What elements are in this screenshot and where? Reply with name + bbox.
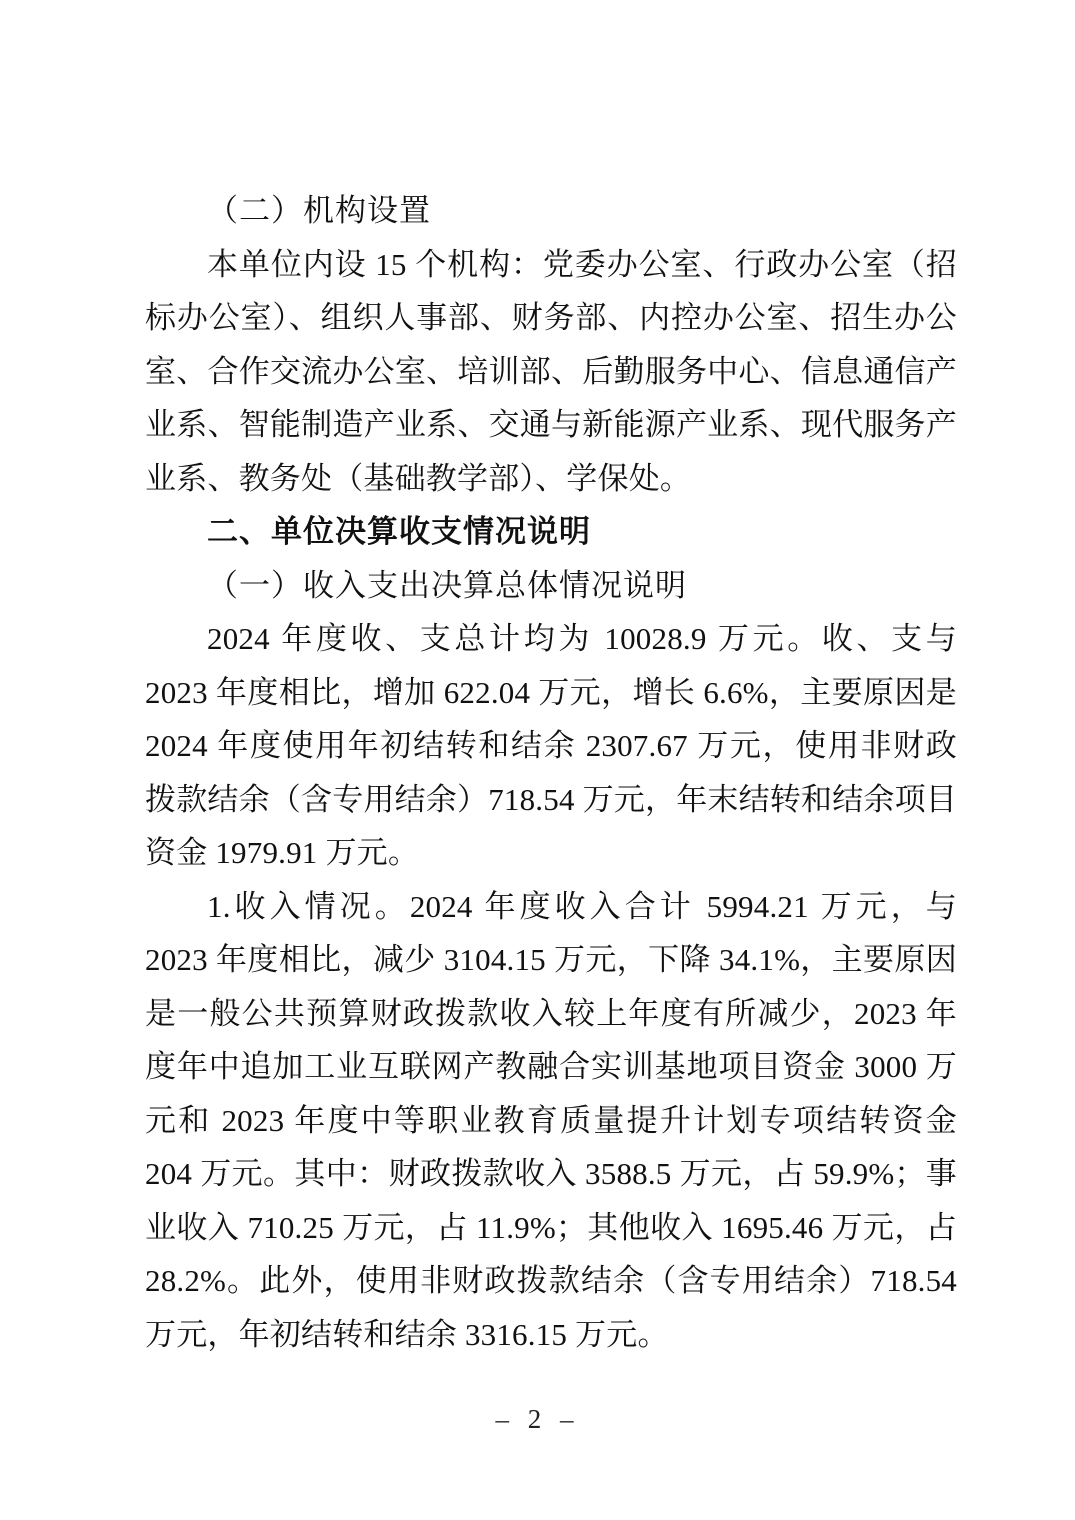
document-content: （二）机构设置 本单位内设 15 个机构：党委办公室、行政办公室（招标办公室）、… (145, 184, 957, 1361)
paragraph-income-situation: 1.收入情况。2024 年度收入合计 5994.21 万元，与 2023 年度相… (145, 880, 957, 1362)
page-footer: – 2 – (0, 1404, 1075, 1435)
page-number: – 2 – (496, 1404, 580, 1434)
subsection-heading-org-setup: （二）机构设置 (145, 184, 957, 238)
document-page: （二）机构设置 本单位内设 15 个机构：党委办公室、行政办公室（招标办公室）、… (0, 0, 1075, 1520)
section-heading-budget-explanation: 二、单位决算收支情况说明 (145, 505, 957, 559)
paragraph-total-revenue-expenditure: 2024 年度收、支总计均为 10028.9 万元。收、支与 2023 年度相比… (145, 612, 957, 880)
subsection-heading-overall-situation: （一）收入支出决算总体情况说明 (145, 559, 957, 613)
paragraph-org-structure: 本单位内设 15 个机构：党委办公室、行政办公室（招标办公室）、组织人事部、财务… (145, 238, 957, 506)
